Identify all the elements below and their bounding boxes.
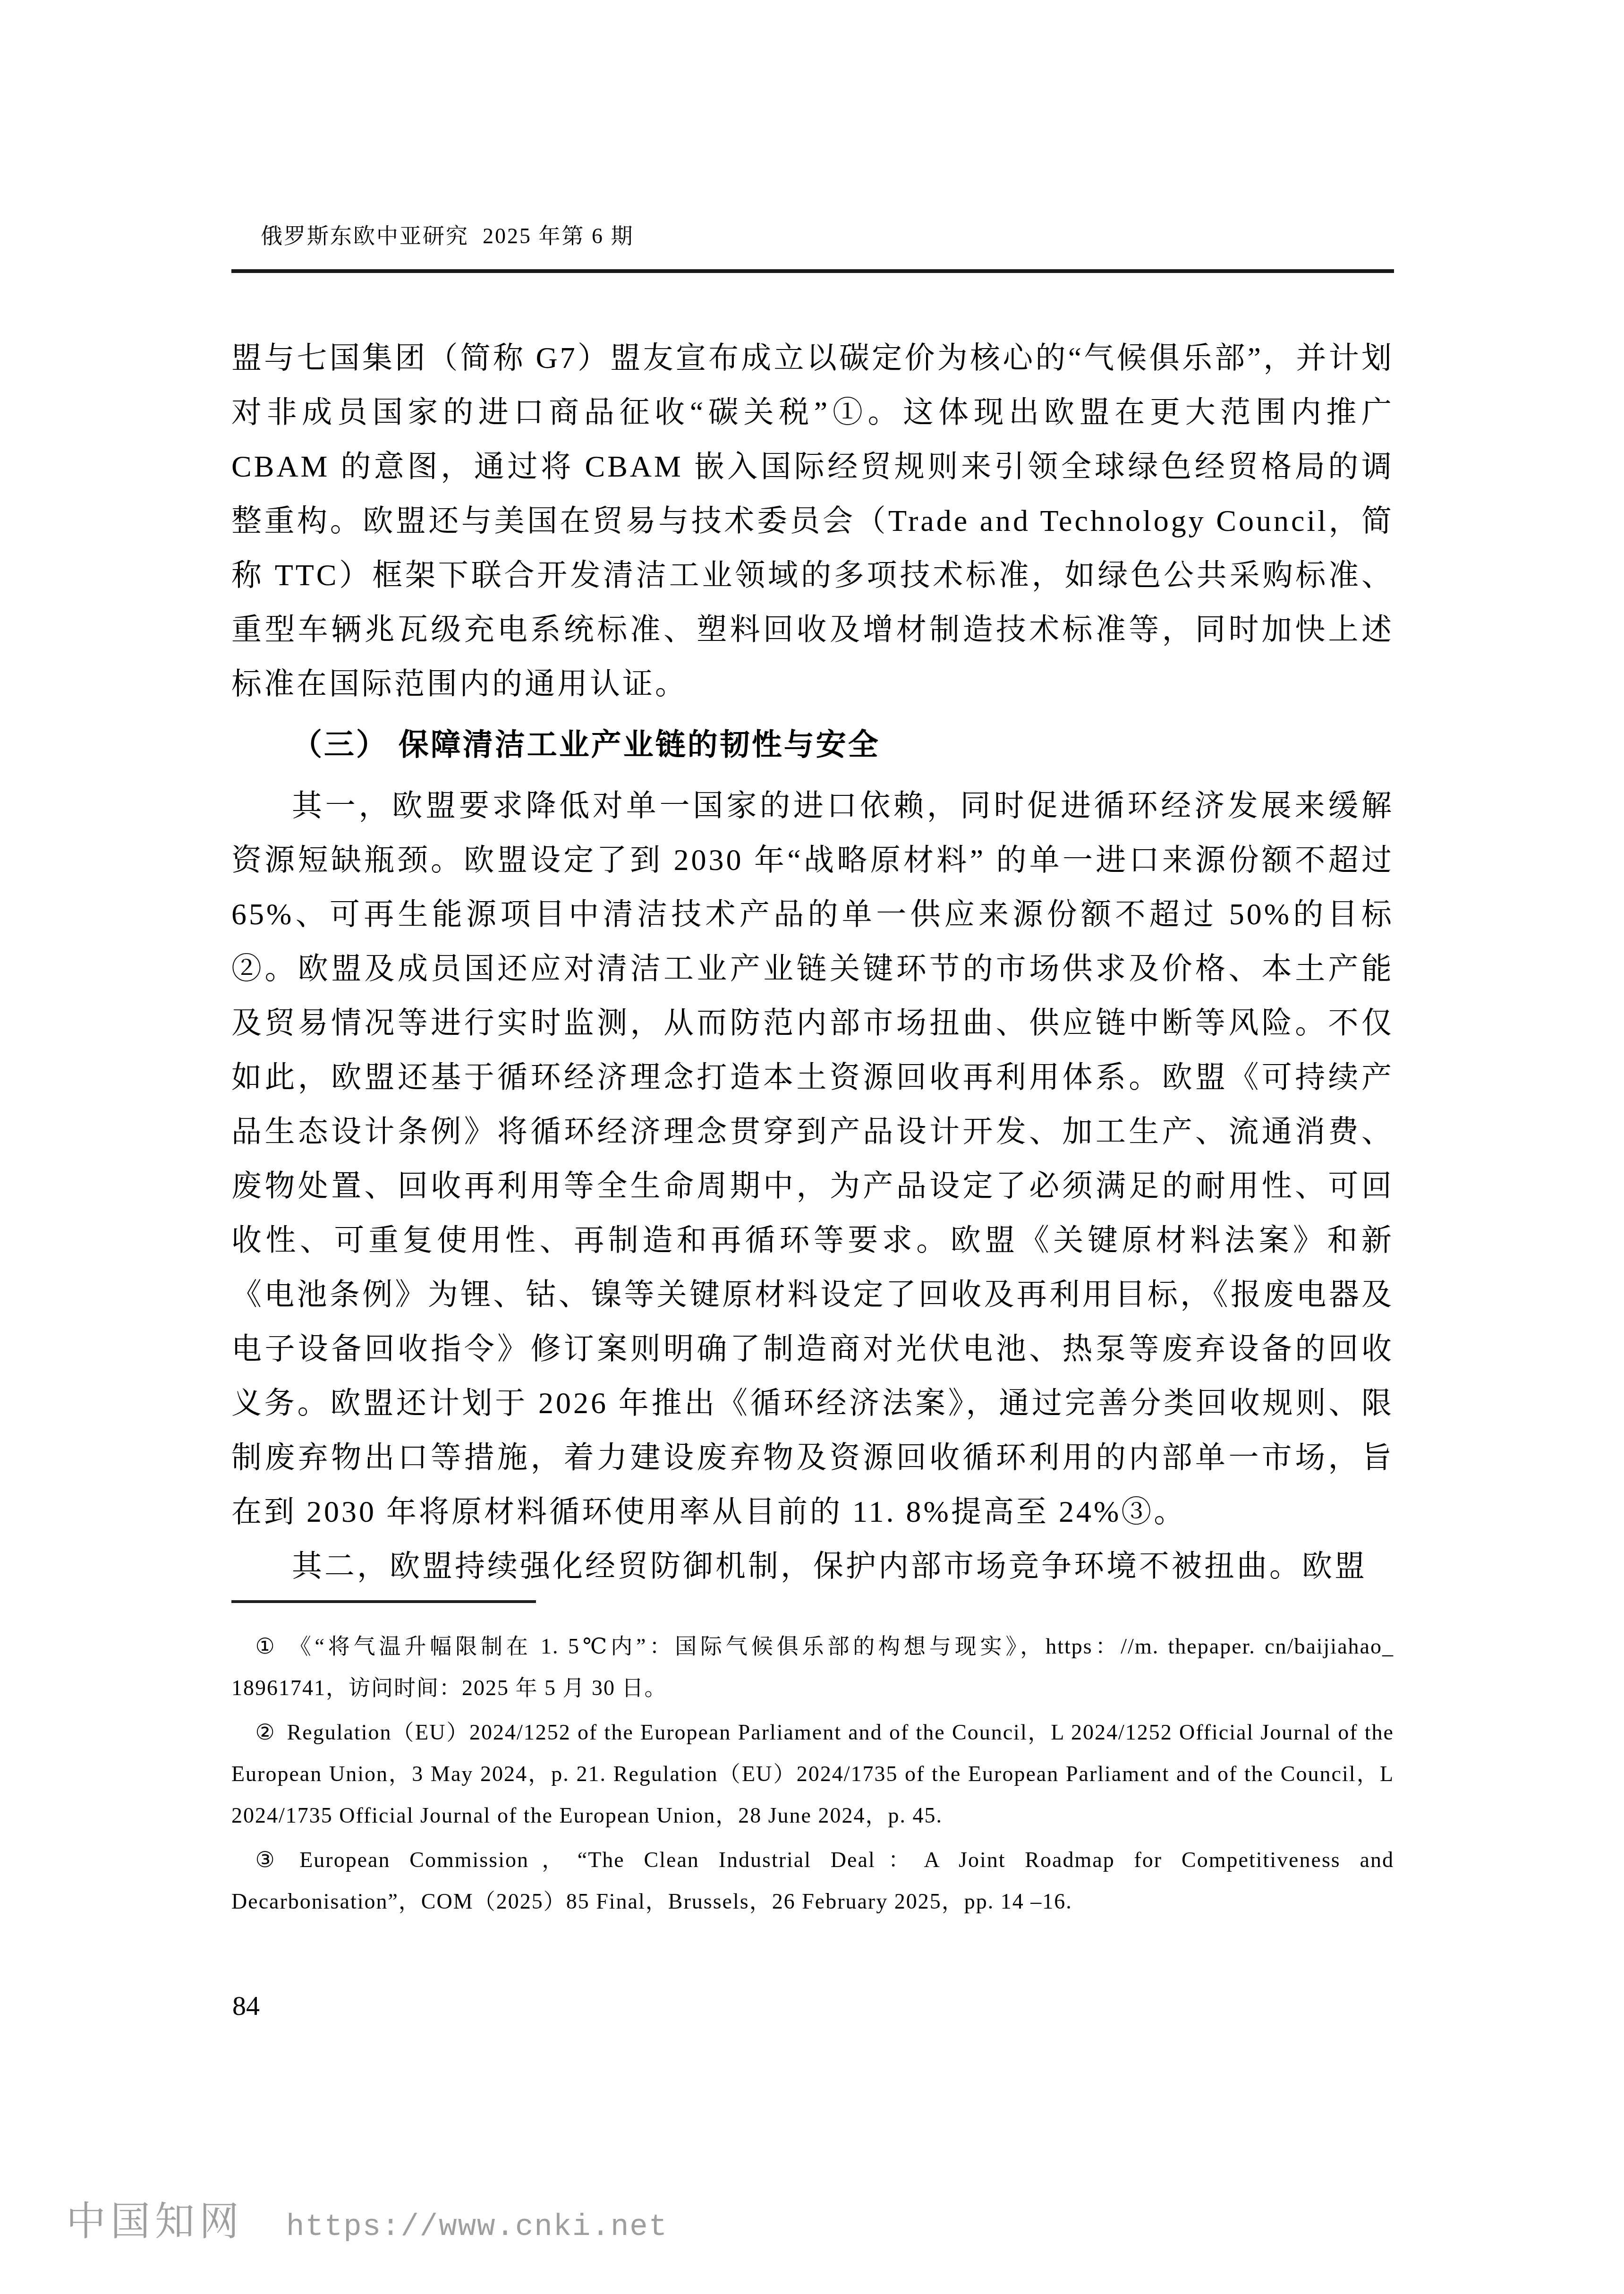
running-header: 俄罗斯东欧中亚研究 2025 年第 6 期 [261,222,634,250]
section-heading: （三） 保障清洁工业产业链的韧性与安全 [231,717,1394,772]
footnote-3-text: European Commission，“The Clean Industria… [231,1848,1394,1913]
footnote-2-marker: ② [255,1720,276,1744]
footnote-1-marker: ① [255,1634,279,1658]
cnki-url: https://www.cnki.net [286,2210,668,2244]
header-rule [231,269,1394,273]
footnotes: ①《“将气温升幅限制在 1. 5℃内”：国际气候俱乐部的构想与现实》，https… [231,1626,1394,1925]
cnki-watermark: 中国知网https://www.cnki.net [66,2190,668,2247]
cnki-logo-text: 中国知网 [66,2200,244,2244]
footnote-1: ①《“将气温升幅限制在 1. 5℃内”：国际气候俱乐部的构想与现实》，https… [231,1626,1394,1709]
paragraph-2: 其一，欧盟要求降低对单一国家的进口依赖，同时促进循环经济发展来缓解资源短缺瓶颈。… [231,778,1394,1539]
footnote-3: ③European Commission，“The Clean Industri… [231,1839,1394,1922]
paragraph-3: 其二，欧盟持续强化经贸防御机制，保护内部市场竞争环境不被扭曲。欧盟 [231,1539,1394,1593]
footnote-2-text: Regulation（EU）2024/1252 of the European … [231,1720,1394,1827]
article-body: 盟与七国集团（简称 G7）盟友宣布成立以碳定价为核心的“气候俱乐部”，并计划对非… [231,331,1394,1593]
footnote-2: ②Regulation（EU）2024/1252 of the European… [231,1712,1394,1836]
page-number: 84 [232,1989,260,2022]
footnote-1-text: 《“将气温升幅限制在 1. 5℃内”：国际气候俱乐部的构想与现实》，https：… [231,1634,1394,1700]
footnote-separator [231,1600,536,1603]
journal-page: 俄罗斯东欧中亚研究 2025 年第 6 期 盟与七国集团（简称 G7）盟友宣布成… [0,0,1624,2294]
footnote-3-marker: ③ [255,1848,289,1872]
paragraph-continuation: 盟与七国集团（简称 G7）盟友宣布成立以碳定价为核心的“气候俱乐部”，并计划对非… [231,331,1394,711]
